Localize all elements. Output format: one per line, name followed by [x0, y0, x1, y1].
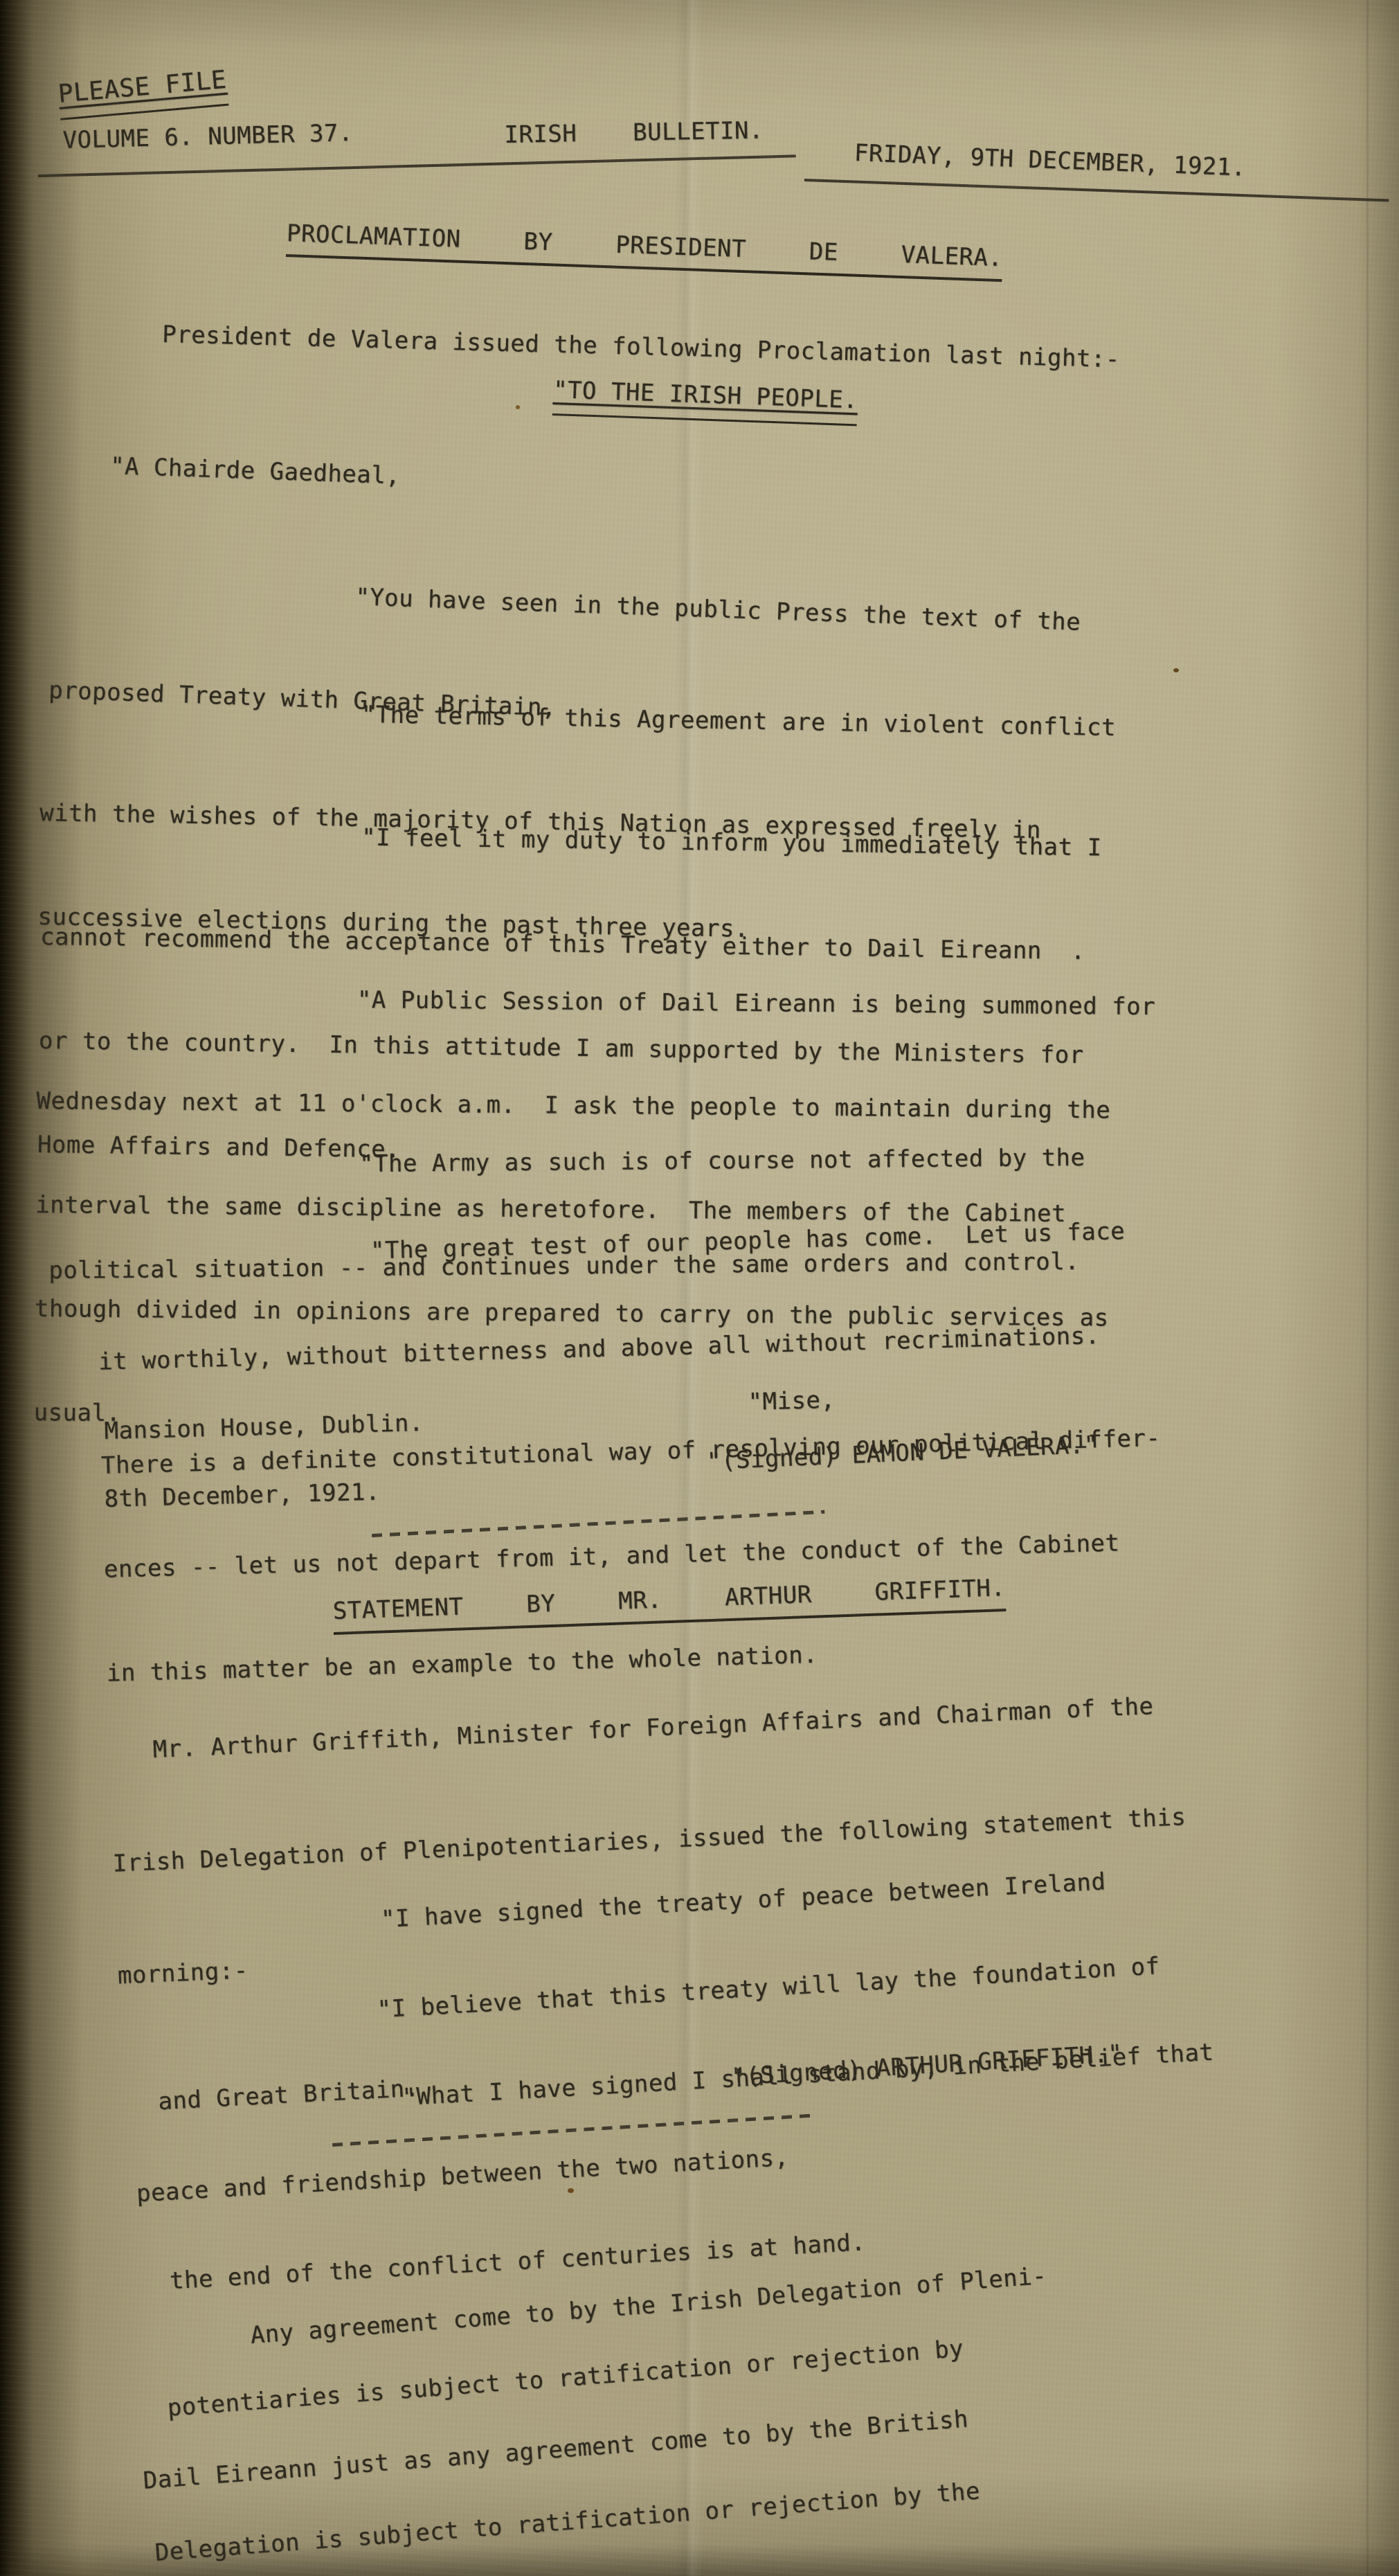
proclamation-title: PROCLAMATION BY PRESIDENT DE VALERA. [286, 216, 1003, 282]
issue-date: FRIDAY, 9TH DECEMBER, 1921. [854, 136, 1247, 186]
masthead-title: IRISH BULLETIN. [504, 113, 764, 152]
please-file-note: PLEASE FILE [57, 63, 228, 120]
paper-speck [1173, 668, 1179, 672]
issue-date-rule [804, 179, 1389, 202]
masthead-rule [38, 154, 796, 177]
paragraph-line: it worthily, without bitterness and abov… [98, 1317, 1159, 1379]
scanned-document-page: PLEASE FILE VOLUME 6. NUMBER 37. IRISH B… [0, 0, 1399, 2576]
closing-date: 8th December, 1921. [104, 1475, 381, 1517]
salutation: "A Chairde Gaedheal, [109, 449, 401, 494]
volume-number: VOLUME 6. NUMBER 37. [62, 116, 354, 158]
paragraph-line: "A Public Session of Dail Eireann is bei… [37, 980, 1156, 1024]
page-right-edge [1366, 0, 1369, 2576]
paragraph-line: "The great test of our people has come. … [96, 1213, 1156, 1276]
address-heading: "TO THE IRISH PEOPLE. [552, 373, 858, 426]
proclamation-intro: President de Valera issued the following… [162, 317, 1121, 377]
paper-speck [516, 405, 520, 409]
closing-mise: "Mise, [748, 1383, 836, 1420]
paragraph-line: "The terms of this Agreement are in viol… [41, 692, 1116, 745]
paragraph-line: "I feel it my duty to inform you immedia… [42, 816, 1102, 865]
